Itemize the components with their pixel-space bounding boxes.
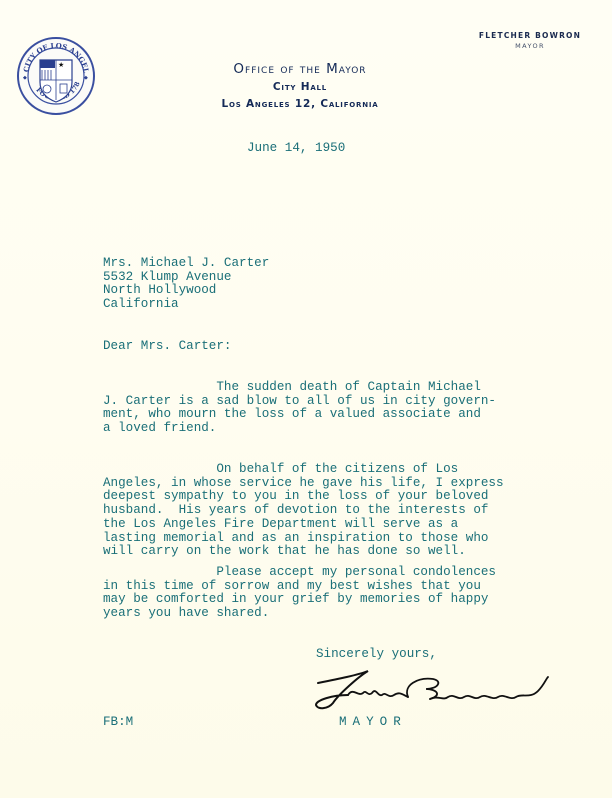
mayor-name: FLETCHER BOWRON — [470, 30, 590, 41]
letterhead-building: City Hall — [190, 79, 410, 96]
letterhead: Office of the Mayor City Hall Los Angele… — [190, 60, 410, 113]
letter-date: June 14, 1950 — [247, 142, 345, 156]
paragraph-2: On behalf of the citizens of Los Angeles… — [103, 463, 504, 559]
recipient-address: Mrs. Michael J. Carter5532 Klump AvenueN… — [103, 257, 269, 312]
mayor-name-block: FLETCHER BOWRON MAYOR — [470, 30, 590, 52]
letter-page: CITY OF LOS ANGELES FOUNDED 1781 ★ ◆ ◆ O… — [0, 0, 612, 798]
paragraph-1: The sudden death of Captain Michael J. C… — [103, 381, 496, 436]
letterhead-title: Office of the Mayor — [190, 60, 410, 79]
salutation: Dear Mrs. Carter: — [103, 340, 231, 354]
signature-icon — [308, 665, 558, 715]
letterhead-city: Los Angeles 12, California — [190, 96, 410, 113]
recipient-name: Mrs. Michael J. Carter — [103, 257, 269, 271]
recipient-city: North Hollywood — [103, 284, 269, 298]
svg-text:◆: ◆ — [84, 75, 88, 81]
svg-text:◆: ◆ — [23, 75, 27, 81]
svg-text:★: ★ — [58, 61, 64, 69]
recipient-state: California — [103, 298, 269, 312]
mayor-title: MAYOR — [470, 41, 590, 52]
city-seal-icon: CITY OF LOS ANGELES FOUNDED 1781 ★ ◆ ◆ — [16, 36, 96, 116]
paragraph-3: Please accept my personal condolences in… — [103, 566, 496, 621]
closing: Sincerely yours, — [316, 648, 437, 662]
reference-initials: FB:M — [103, 716, 133, 730]
recipient-street: 5532 Klump Avenue — [103, 271, 269, 285]
signer-title: MAYOR — [339, 716, 407, 730]
